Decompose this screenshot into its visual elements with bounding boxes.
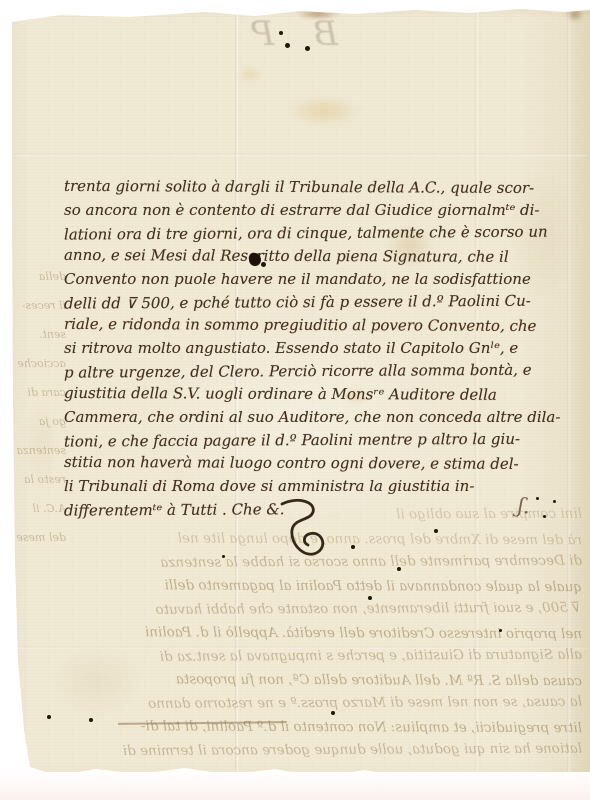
bleedthrough-top-initials: B P: [228, 14, 338, 66]
yellow-stain: [288, 96, 360, 126]
bleedthrough-line: causa della S. Rª M. dell Auditore della…: [34, 667, 582, 693]
ink-speck: [397, 567, 401, 571]
bleedthrough-margin-word: della: [8, 262, 66, 291]
letter-line: giustitia della S.V. uogli ordinare à Mo…: [64, 382, 574, 407]
letter-line: stitia non haverà mai luogo contro ogni …: [64, 451, 574, 476]
ink-speck: [331, 711, 335, 715]
bleedthrough-margin-word: cara di: [8, 378, 66, 407]
edge-stain: [566, 6, 584, 22]
letter-line: si ritrova molto angustiato. Essendo sta…: [64, 337, 574, 360]
ink-speck: [222, 555, 225, 558]
ink-speck: [434, 529, 438, 533]
bleedthrough-line: nel proprio interesso Creditore dell ere…: [34, 620, 582, 646]
letter-line: tioni, e che faccia pagare il d.º Paolin…: [64, 427, 574, 453]
bleedthrough-margin-word: sent.: [8, 320, 66, 349]
ink-speck: [351, 545, 355, 549]
bleedthrough-line: latione ha sin qui goduta, uolle dunque …: [34, 738, 582, 764]
ink-speck: [305, 46, 310, 51]
letter-line: anno, e sei Mesi dal Rescritto della pie…: [64, 244, 574, 269]
letter-body-text: trenta giorni solito à dargli il Tribuna…: [64, 176, 574, 521]
ink-speck: [536, 497, 539, 500]
bleedthrough-line: alla Signatura di Giustitia, e perche s …: [34, 644, 582, 670]
bleedthrough-margin-word: sentenza: [8, 436, 66, 465]
bleedthrough-margin-word: il reces-: [8, 291, 66, 320]
letter-line: Cammera, che ordini al suo Auditore, che…: [64, 406, 574, 429]
letter-line: trenta giorni solito à dargli il Tribuna…: [64, 175, 574, 200]
letter-line: Convento non puole havere ne il mandato,…: [64, 268, 574, 291]
ink-speck: [368, 596, 372, 600]
bleedthrough-line: litre pregiudicii, et amplius: Non conte…: [34, 714, 582, 740]
bleedthrough-line: quale la quale condannava il detto Paoli…: [34, 573, 582, 599]
letter-line: p altre urgenze, del Clero. Perciò ricor…: [64, 358, 574, 384]
ink-speck: [47, 715, 51, 719]
ink-speck: [279, 31, 283, 35]
letter-line: delli dd ⊽ 500, e pché tutto ciò si fà p…: [64, 289, 574, 315]
ink-blot: [249, 253, 261, 266]
horizontal-fold-crease: [14, 153, 588, 157]
ink-speck: [553, 500, 556, 503]
bleedthrough-margin-word: accioche: [8, 349, 66, 378]
manuscript-paper-sheet: B P della il reces- sent. accioche cara …: [0, 0, 590, 800]
ink-speck: [499, 629, 502, 632]
bleedthrough-margin-word: go ja: [8, 407, 66, 436]
ink-speck: [261, 262, 266, 267]
scanner-background: [0, 772, 590, 800]
bleedthrough-margin-word: resto la: [8, 465, 66, 494]
bleedthrough-line: la causa, se non nel mese di Marzo pross…: [34, 691, 582, 717]
ink-speck: [89, 718, 93, 722]
letter-line: riale, e ridonda in sommo pregiuditio al…: [64, 313, 574, 338]
letter-line: lationi ora di tre giorni, ora di cinque…: [64, 220, 574, 246]
letter-line: so ancora non è contento di estrarre dal…: [64, 199, 574, 222]
ink-speck: [543, 515, 546, 518]
letter-line: li Tribunali di Roma dove si amministra …: [64, 475, 574, 498]
closing-flourish: [268, 498, 326, 568]
yellow-stain: [238, 66, 262, 82]
bleedthrough-line: ⊽ 500, e suoi frutti liberamente, non os…: [34, 597, 582, 623]
ink-speck: [285, 43, 290, 48]
